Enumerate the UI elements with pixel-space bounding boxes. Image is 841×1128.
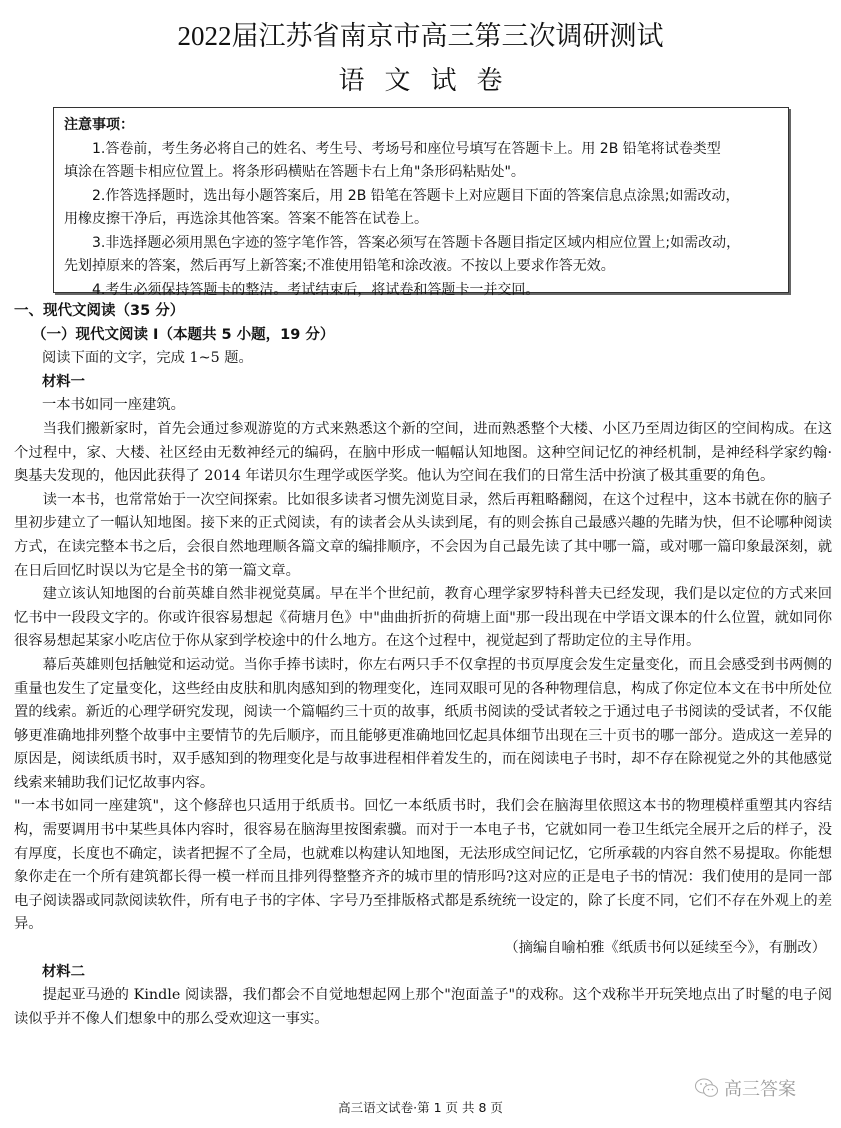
wechat-icon (694, 1077, 720, 1099)
material-2-label: 材料二 (14, 961, 832, 985)
watermark-text: 高三答案 (724, 1075, 796, 1101)
material-1-paragraph: 幕后英雄则包括触觉和运动觉。当你手捧书读时，你左右两只手不仅拿捏的书页厚度会发生… (14, 654, 832, 796)
exam-content: 一、现代文阅读（35 分） （一）现代文阅读 I（本题共 5 小题，19 分） … (14, 300, 832, 1031)
material-2-paragraph: 提起亚马逊的 Kindle 阅读器，我们都会不自觉地想起网上那个"泡面盖子"的戏… (14, 984, 832, 1031)
material-1-source: （摘编自喻柏雅《纸质书何以延续至今》，有删改） (14, 937, 832, 961)
exam-title: 2022届江苏省南京市高三第三次调研测试 (0, 14, 841, 53)
notice-item-1: 1.答卷前，考生务必将自己的姓名、考生号、考场号和座位号填写在答题卡上。用 2B… (64, 138, 778, 162)
notice-item-1-cont: 填涂在答题卡相应位置上。将条形码横贴在答题卡右上角"条形码粘贴处"。 (64, 161, 778, 185)
notice-heading: 注意事项： (64, 114, 778, 138)
notice-box: 注意事项： 1.答卷前，考生务必将自己的姓名、考生号、考场号和座位号填写在答题卡… (53, 107, 789, 293)
material-1-paragraph: 当我们搬新家时，首先会通过参观游览的方式来熟悉这个新的空间，进而熟悉整个大楼、小… (14, 418, 832, 489)
notice-item-2-cont: 用橡皮擦干净后，再选涂其他答案。答案不能答在试卷上。 (64, 208, 778, 232)
material-1-paragraph: "一本书如同一座建筑"，这个修辞也只适用于纸质书。回忆一本纸质书时，我们会在脑海… (14, 795, 832, 937)
exam-subtitle: 语文试卷 (0, 60, 841, 97)
notice-item-3: 3.非选择题必须用黑色字迹的签字笔作答，答案必须写在答题卡各题目指定区域内相应位… (64, 232, 778, 256)
notice-item-2: 2.作答选择题时，选出每小题答案后，用 2B 铅笔在答题卡上对应题目下面的答案信… (64, 185, 778, 209)
notice-item-3-cont: 先划掉原来的答案，然后再写上新答案;不准使用铅笔和涂改液。不按以上要求作答无效。 (64, 255, 778, 279)
section-heading: 一、现代文阅读（35 分） (14, 300, 832, 324)
reading-instruction: 阅读下面的文字，完成 1~5 题。 (14, 347, 832, 371)
material-1-label: 材料一 (14, 371, 832, 395)
material-1-lead: 一本书如同一座建筑。 (14, 394, 832, 418)
notice-item-4: 4.考生必须保持答题卡的整洁。考试结束后，将试卷和答题卡一并交回。 (64, 279, 778, 303)
watermark: 高三答案 (694, 1075, 796, 1101)
subsection-heading: （一）现代文阅读 I（本题共 5 小题，19 分） (14, 324, 832, 348)
material-1-paragraph: 建立该认知地图的台前英雄自然非视觉莫属。早在半个世纪前，教育心理学家罗特科普夫已… (14, 583, 832, 654)
material-1-paragraph: 读一本书，也常常始于一次空间探索。比如很多读者习惯先浏览目录，然后再粗略翻阅，在… (14, 489, 832, 583)
